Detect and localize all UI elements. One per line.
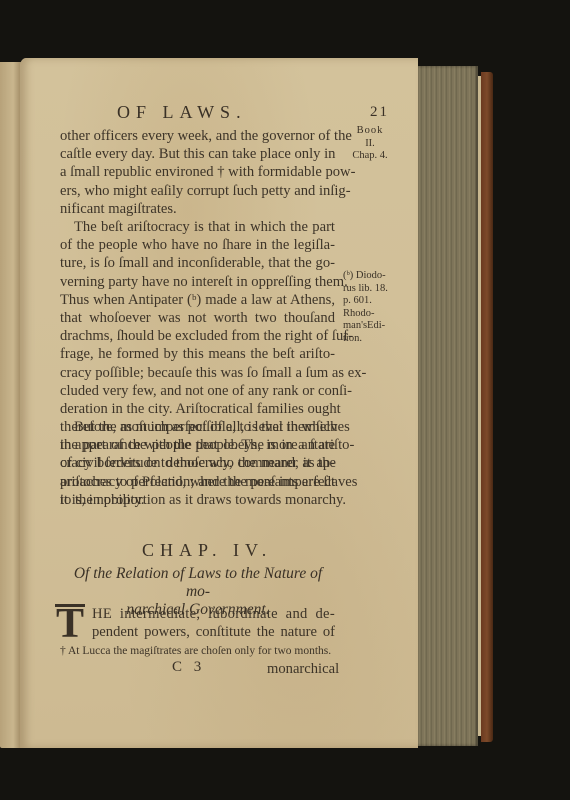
left-page-edge (0, 62, 22, 748)
text-line: nificant magiſtrates. (60, 200, 335, 218)
citation-line: tion. (343, 333, 388, 346)
paragraph-3: But the moſt imperfect of all, is that i… (60, 418, 335, 509)
text-line: a ſmall republic environed † with formid… (60, 163, 335, 181)
text-line: drachms, ſhould be excluded from the rig… (60, 327, 335, 345)
page-number: 21 (370, 104, 389, 121)
text-line: cluded very few, and not one of any rank… (60, 382, 335, 400)
catchword: monarchical (267, 661, 333, 678)
text-line: deration in the city. Ariſtocratical fam… (60, 400, 335, 418)
text-line: caſtle every day. But this can take plac… (60, 145, 335, 163)
text-line: The beſt ariſtocracy is that in which th… (60, 218, 335, 236)
footnote: † At Lucca the magiſtrates are choſen on… (60, 645, 335, 657)
text-line: HE intermediate, ſubordinate and de- (92, 605, 335, 623)
chapter-heading: CHAP. IV. (142, 540, 272, 561)
running-head: OF LAWS. (117, 102, 247, 123)
text-line: ers, who might eaſily corrupt ſuch petty… (60, 182, 335, 200)
text-line: But the moſt imperfect of all, is that i… (60, 418, 335, 436)
leather-cover-edge (481, 72, 493, 742)
text-line: Thus when Antipater (ᵇ) made a law at At… (60, 291, 335, 309)
citation-line: Rhodo- (343, 308, 388, 321)
text-line: ariſtocracy of Poland, where the peaſant… (60, 473, 335, 491)
text-line: of the people who have no ſhare in the l… (60, 236, 335, 254)
book-scan: OF LAWS. 21 Book II. Chap. 4. other offi… (0, 0, 570, 800)
citation-line: man'sEdi- (343, 320, 388, 333)
drop-cap: T (55, 604, 85, 641)
citation-line: (ᵇ) Diodo- (343, 270, 388, 283)
signature-mark: C 3 (172, 659, 205, 676)
text-line: that whoſoever was not worth two thouſan… (60, 309, 335, 327)
text-line: ture, is ſo ſmall and inconſiderable, th… (60, 254, 335, 272)
text-line: verning party have no intereſt in oppreſ… (60, 273, 335, 291)
margin-chapter: Chap. 4. (342, 150, 398, 163)
citation-line: rus lib. 18. (343, 283, 388, 296)
subtitle-line: Of the Relation of Laws to the Nature of… (60, 565, 336, 601)
text-line: to the nobility. (60, 491, 335, 509)
text-line: the part of the people that obeys, is in… (60, 436, 335, 454)
text-line: frage, he formed by this means the beſt … (60, 345, 335, 363)
text-line: pendent powers, conſtitute the nature of (92, 623, 335, 641)
margin-citation: (ᵇ) Diodo- rus lib. 18. p. 601. Rhodo- m… (343, 270, 388, 346)
paragraph-1: other officers every week, and the gover… (60, 127, 335, 218)
text-line: other officers every week, and the gover… (60, 127, 335, 145)
text-line: cracy poſſible; becauſe this was ſo ſmal… (60, 364, 335, 382)
page-stack-edges (418, 66, 478, 746)
citation-line: p. 601. (343, 295, 388, 308)
paragraph-4: HE intermediate, ſubordinate and de- pen… (92, 605, 335, 641)
text-line: of civil ſervitude to thoſe who command,… (60, 454, 335, 472)
